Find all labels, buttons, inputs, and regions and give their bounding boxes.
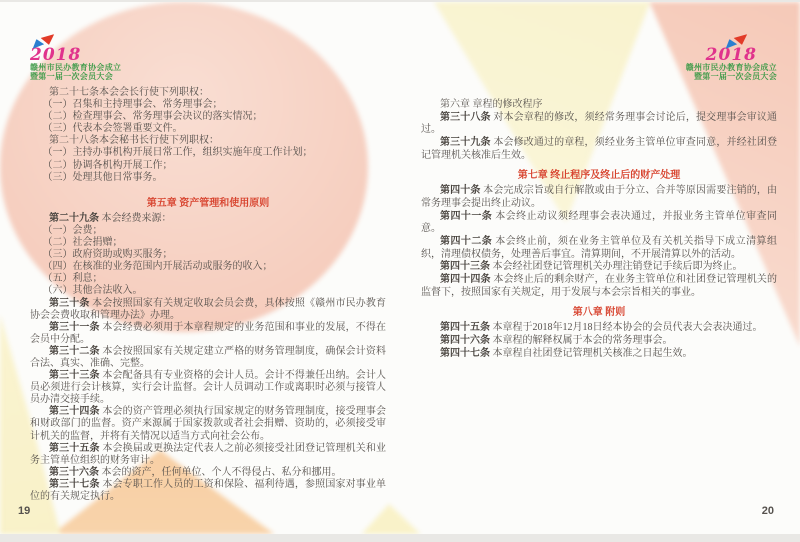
article-number: 第三十九条 bbox=[440, 137, 491, 148]
article-number: 第四十条 bbox=[440, 185, 481, 196]
doc-paragraph: 第六章 章程的修改程序 bbox=[421, 99, 777, 112]
doc-paragraph: （二）检查理事会、常务理事会决议的落实情况； bbox=[30, 111, 386, 123]
logo-blue-triangle-icon bbox=[724, 38, 737, 49]
logo-year: 2018 bbox=[686, 47, 757, 63]
event-logo-right: 2018 赣州市民办教育协会成立 暨第一届一次会员大会 bbox=[686, 35, 777, 81]
doc-paragraph: 第四十二条 本会终止前，须在业务主管单位及有关机关指导下成立清算组织，清理债权债… bbox=[421, 236, 777, 261]
chapter-heading: 第七章 终止程序及终止后的财产处理 bbox=[421, 170, 777, 183]
doc-paragraph: 第四十三条 本会经社团登记管理机关办理注销登记手续后即为终止。 bbox=[421, 261, 777, 274]
doc-paragraph: （三）代表本会签署重要文件。 bbox=[30, 123, 386, 135]
doc-paragraph: 第四十七条 本章程自社团登记管理机关核准之日起生效。 bbox=[421, 348, 777, 361]
article-number: 第三十四条 bbox=[49, 406, 100, 417]
article-number: 第三十五条 bbox=[49, 443, 100, 454]
article-number: 第四十三条 bbox=[440, 261, 490, 272]
article-number: 第三十六条 bbox=[49, 467, 99, 478]
article-number: 第二十九条 bbox=[49, 213, 99, 224]
doc-paragraph: （三）处理其他日常事务。 bbox=[30, 172, 386, 184]
page-content-left: 第二十七条本会会长行使下列职权：（一）召集和主持理事会、常务理事会；（二）检查理… bbox=[30, 87, 386, 503]
doc-paragraph: （一）会费； bbox=[30, 225, 386, 237]
logo-org-line1: 赣州市民办教育协会成立 bbox=[30, 63, 121, 72]
doc-paragraph: （二）社会捐赠； bbox=[30, 237, 386, 249]
page-number-left: 19 bbox=[18, 505, 30, 517]
article-number: 第三十八条 bbox=[440, 112, 491, 123]
book-spread: 2018 赣州市民办教育协会成立 暨第一届一次会员大会 第二十七条本会会长行使下… bbox=[0, 2, 800, 534]
doc-paragraph: 第三十四条 本会的资产管理必须执行国家规定的财务管理制度，接受理事会和财政部门的… bbox=[30, 406, 386, 442]
doc-paragraph: 第二十八条本会秘书长行使下列职权： bbox=[30, 135, 386, 147]
article-number: 第三十一条 bbox=[49, 322, 100, 333]
article-number: 第四十七条 bbox=[440, 348, 490, 359]
article-number: 第三十三条 bbox=[49, 370, 100, 381]
doc-paragraph: （三）政府资助或购买服务； bbox=[30, 249, 386, 261]
doc-paragraph: 第二十七条本会会长行使下列职权： bbox=[30, 87, 386, 99]
doc-paragraph: 第三十八条 对本会章程的修改，须经常务理事会讨论后，提交理事会审议通过。 bbox=[421, 112, 777, 137]
doc-paragraph: 第四十条 本会完成宗旨或自行解散或由于分立、合并等原因需要注销的，由常务理事会提… bbox=[421, 185, 777, 210]
doc-paragraph: 第四十一条 本会终止动议须经理事会表决通过，并报业务主管单位审查同意。 bbox=[421, 211, 777, 236]
article-number: 第四十五条 bbox=[440, 322, 490, 333]
article-number: 第四十六条 bbox=[440, 335, 490, 346]
doc-paragraph: 第四十四条 本会终止后的剩余财产，在业务主管单位和社团登记管理机关的监督下，按照… bbox=[421, 274, 777, 299]
logo-blue-triangle-icon bbox=[31, 38, 44, 49]
doc-paragraph: （四）在核准的业务范围内开展活动或服务的收入； bbox=[30, 261, 386, 273]
article-number: 第三十二条 bbox=[49, 346, 100, 357]
doc-paragraph: 第三十三条 本会配备具有专业资格的会计人员。会计不得兼任出纳。会计人员必须进行会… bbox=[30, 370, 386, 406]
doc-paragraph: 第二十九条 本会经费来源： bbox=[30, 213, 386, 225]
logo-org-line1: 赣州市民办教育协会成立 bbox=[686, 63, 777, 72]
doc-paragraph: 第四十六条 本章程的解释权属于本会的常务理事会。 bbox=[421, 335, 777, 348]
logo-year: 2018 bbox=[30, 47, 121, 63]
doc-paragraph: 第三十七条 本会专职工作人员的工资和保险、福利待遇，参照国家对事业单位的有关规定… bbox=[30, 479, 386, 503]
logo-org-line2: 暨第一届一次会员大会 bbox=[30, 72, 121, 81]
chapter-heading: 第五章 资产管理和使用原则 bbox=[30, 198, 386, 210]
doc-paragraph: （一）召集和主持理事会、常务理事会； bbox=[30, 99, 386, 111]
doc-paragraph: （六）其他合法收入。 bbox=[30, 285, 386, 297]
article-number: 第四十一条 bbox=[440, 211, 492, 222]
doc-paragraph: （一）主持办事机构开展日常工作，组织实施年度工作计划； bbox=[30, 147, 386, 159]
screenshot-root: { "event_logo": { "year": "2018", "org_l… bbox=[0, 0, 800, 542]
article-number: 第三十七条 bbox=[49, 479, 100, 490]
doc-paragraph: 第三十条 本会按照国家有关规定收取会员会费，具体按照《赣州市民办教育协会会费收取… bbox=[30, 298, 386, 322]
article-number: 第四十四条 bbox=[440, 274, 491, 285]
logo-flag-icon bbox=[32, 35, 56, 48]
doc-paragraph: 第三十二条 本会按照国家有关规定建立严格的财务管理制度，确保会计资料合法、真实、… bbox=[30, 346, 386, 370]
doc-paragraph: （五）利息； bbox=[30, 273, 386, 285]
article-number: 第三十条 bbox=[49, 298, 90, 309]
logo-flag-icon bbox=[725, 35, 749, 48]
doc-paragraph: 第四十五条 本章程于2018年12月18日经本协会的会员代表大会表决通过。 bbox=[421, 322, 777, 335]
page-number-right: 20 bbox=[762, 505, 774, 517]
doc-paragraph: 第三十六条 本会的资产，任何单位、个人不得侵占、私分和挪用。 bbox=[30, 467, 386, 479]
doc-paragraph: （二）协调各机构开展工作； bbox=[30, 160, 386, 172]
logo-org-line2: 暨第一届一次会员大会 bbox=[686, 72, 777, 81]
doc-paragraph: 第三十一条 本会经费必须用于本章程规定的业务范围和事业的发展，不得在会员中分配。 bbox=[30, 322, 386, 346]
page-content-right: 第六章 章程的修改程序第三十八条 对本会章程的修改，须经常务理事会讨论后，提交理… bbox=[421, 99, 777, 360]
doc-paragraph: 第三十九条 本会修改通过的章程，须经业务主管单位审查同意，并经社团登记管理机关核… bbox=[421, 137, 777, 162]
event-logo-left: 2018 赣州市民办教育协会成立 暨第一届一次会员大会 bbox=[30, 35, 121, 81]
article-number: 第四十二条 bbox=[440, 236, 492, 247]
doc-paragraph: 第三十五条 本会换届或更换法定代表人之前必须接受社团登记管理机关和业务主管单位组… bbox=[30, 443, 386, 467]
chapter-heading: 第八章 附则 bbox=[421, 307, 777, 320]
